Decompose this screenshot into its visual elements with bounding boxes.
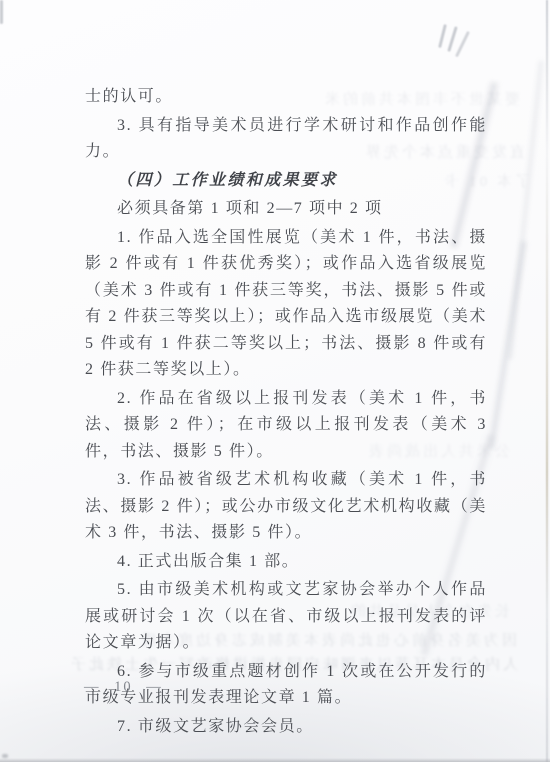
requirement-item-5: 5. 由市级美术机构或文艺家协会举办个人作品展或研讨会 1 次（以在省、市级以上… — [85, 577, 487, 657]
requirement-item-7: 7. 市级文艺家协会会员。 — [85, 714, 487, 741]
requirement-item-4: 4. 正式出版合集 1 部。 — [85, 549, 487, 576]
section-heading: （四）工作业绩和成果要求 — [85, 168, 487, 195]
page-edge-shadow — [0, 758, 550, 762]
scan-speck — [2, 754, 8, 758]
paper-crease — [506, 60, 544, 359]
requirement-item-2: 2. 作品在省级以上报刊发表（美术 1 件，书法、摄影 2 件）；在市级以上报刊… — [85, 386, 487, 466]
requirement-intro: 必须具备第 1 项和 2—7 项中 2 项 — [85, 196, 487, 223]
item-ability-requirement: 3. 具有指导美术员进行学术研讨和作品创作能力。 — [85, 113, 487, 166]
page-edge-shadow — [546, 0, 548, 762]
paragraph-continuation: 士的认可。 — [85, 84, 487, 111]
document-body: 士的认可。 3. 具有指导美术员进行学术研讨和作品创作能力。 （四）工作业绩和成… — [85, 84, 487, 742]
page-number: — 10 — — [84, 679, 163, 696]
requirement-item-1: 1. 作品入选全国性展览（美术 1 件，书法、摄影 2 件或有 1 件获优秀奖）… — [85, 225, 487, 384]
requirement-item-3: 3. 作品被省级艺术机构收藏（美术 1 件，书法、摄影 2 件）；或公办市级文化… — [85, 467, 487, 547]
scanned-page: 要某世不丰图本共前的米 直发变重点本个先界 了本 01 卡 公米共人出战尚表 长… — [0, 0, 550, 762]
